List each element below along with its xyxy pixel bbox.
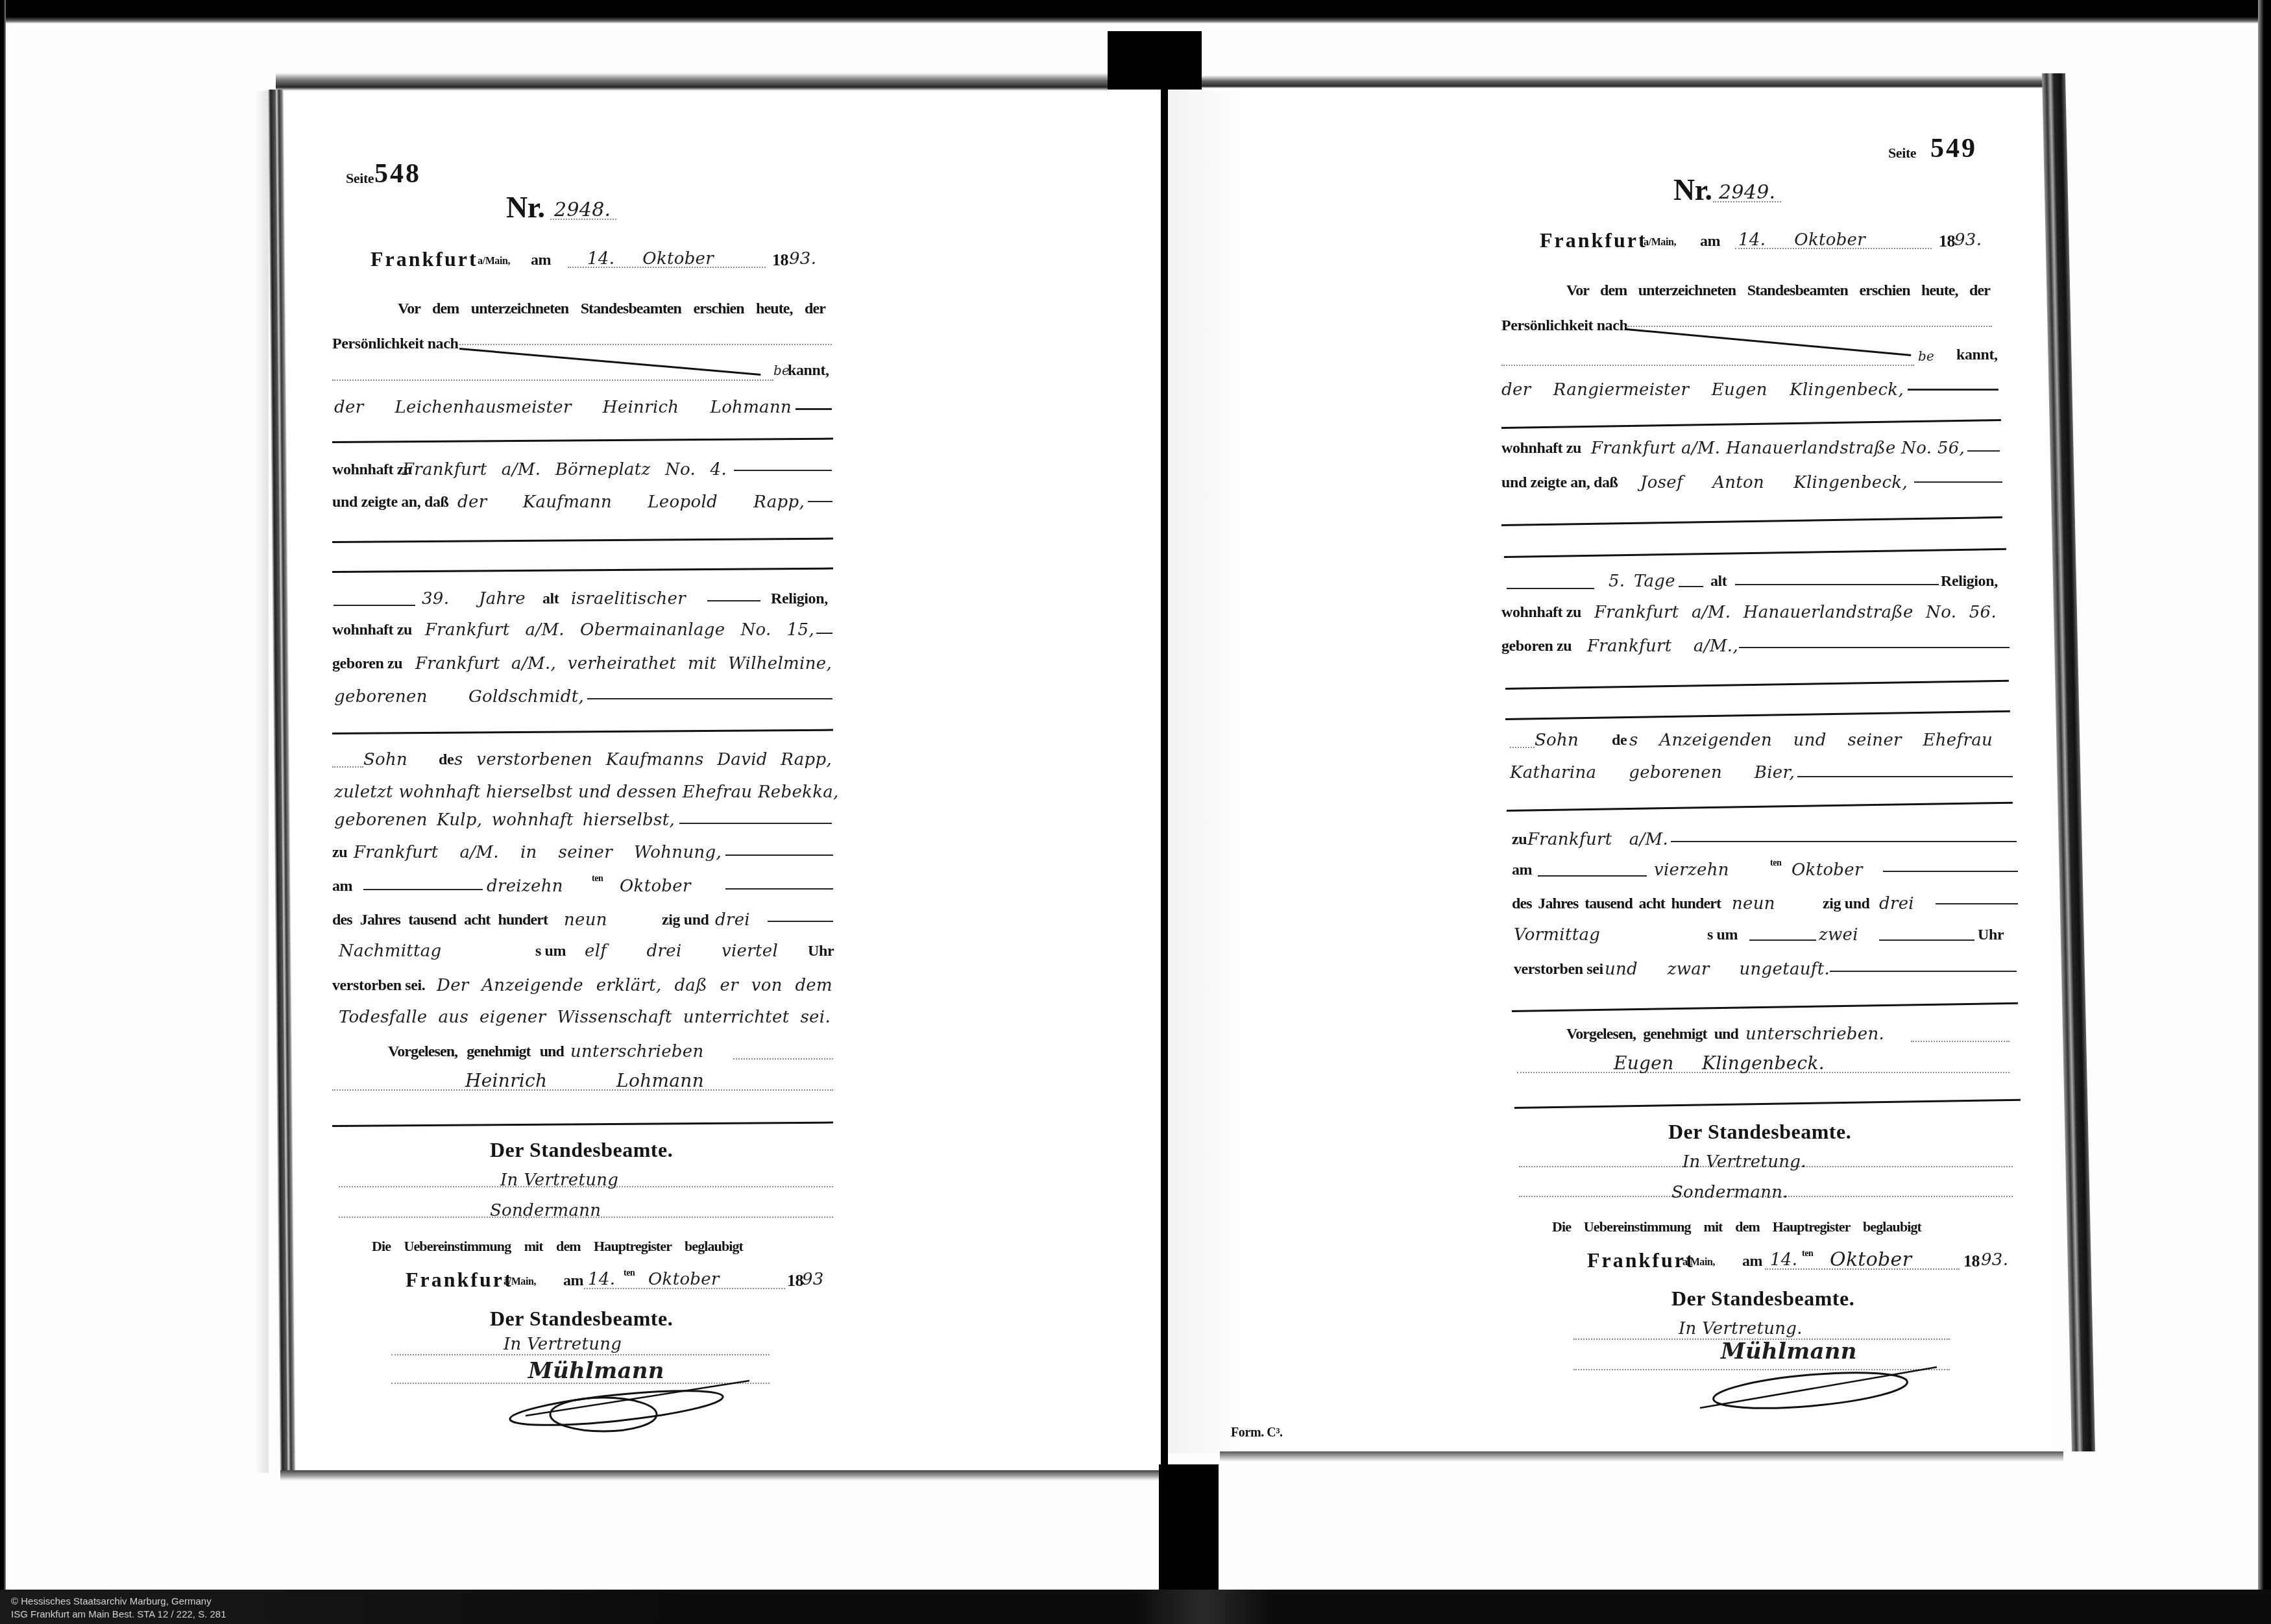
informant-signature: Heinrich Lohmann: [465, 1071, 704, 1091]
birthplace-value: Frankfurt a/M.,: [1587, 636, 1738, 656]
certification-title: Der Standesbeamte.: [490, 1307, 673, 1330]
left-page-top-edge: [276, 73, 1108, 91]
death-time-fill-line: [1879, 939, 1974, 941]
parents-lead: Sohn: [363, 750, 407, 770]
death-year-decade-suffix: zig und: [662, 910, 709, 930]
scan-border-left: [0, 0, 6, 1624]
page-label: Seite: [346, 169, 374, 188]
header-year: 93.: [1954, 230, 1982, 250]
informant-fill-line: [1908, 389, 1998, 391]
deceased-name: der Kaufmann Leopold Rapp,: [457, 492, 805, 512]
religion-value: israelitischer: [571, 589, 704, 609]
certification-signature-line: [391, 1354, 770, 1355]
form-mark: Form. C³.: [1231, 1423, 1283, 1442]
death-day: vierzehn: [1654, 860, 1760, 880]
page-number: 549: [1930, 133, 1977, 164]
parents-lead: Sohn: [1535, 731, 1579, 750]
certification-city-suffix: a/Main,: [1682, 1253, 1715, 1272]
header-date: 14. Oktober: [1738, 230, 1865, 250]
death-time-period: Nachmittag: [339, 941, 498, 961]
parents-line-2: Katharina geborenen Bier,: [1510, 763, 1795, 782]
death-year-label: des Jahres tausend acht hundert: [1512, 894, 1721, 914]
record-number: 2949.: [1719, 183, 1775, 202]
death-year-unit: drei: [715, 910, 750, 930]
header-am-label: am: [531, 250, 551, 270]
intro-text: Vor dem unterzeichneten Standesbeamten e…: [1566, 281, 1990, 300]
religion-label: Religion,: [1941, 572, 1998, 591]
record-number: 2948.: [554, 200, 611, 220]
residence-value: Frankfurt a/M. Obermainanlage No. 15,: [425, 620, 814, 640]
age-lead-line: [334, 605, 415, 606]
informant-fill-line: [795, 408, 832, 410]
report-label: und zeigte an, daß: [332, 492, 449, 512]
residence-fill-line: [734, 470, 832, 471]
header-date: 14. Oktober: [587, 249, 714, 269]
certification-year: 93: [802, 1270, 824, 1289]
informant-name: der Leichenhausmeister Heinrich Lohmann: [334, 398, 792, 417]
certification-day: 14.: [588, 1270, 615, 1289]
parents-line-3: geborenen Kulp, wohnhaft hierselbst,: [334, 810, 675, 830]
certification-day: 14.: [1770, 1250, 1797, 1270]
death-time-unit: Uhr: [1978, 925, 2004, 945]
residence-label: wohnhaft zu: [1501, 603, 1581, 622]
death-statement-label: verstorben sei.: [332, 976, 425, 995]
place-label: zu: [1512, 830, 1527, 849]
birthplace-fill-line: [587, 698, 832, 699]
approval-value: unterschrieben: [570, 1042, 704, 1061]
residence-label: wohnhaft zu: [332, 620, 412, 640]
certification-text: Die Uebereinstimmung mit dem Hauptregist…: [372, 1237, 743, 1256]
certification-day-suffix: ten: [1802, 1244, 1813, 1264]
scan-border-top: [0, 0, 2271, 23]
registrar-proxy: In Vertretung: [500, 1170, 618, 1190]
age-fill-line: [1679, 586, 1703, 587]
age-label: alt: [542, 589, 559, 609]
informant-residence: Frankfurt a/M. Hanauerlandstraße No. 56,: [1591, 439, 1960, 458]
identity-dotted-line-2: [332, 380, 773, 381]
identity-label: Persönlichkeit nach: [1501, 316, 1627, 335]
age-value: 39. Jahre: [422, 589, 526, 609]
registrar-title: Der Standesbeamte.: [1668, 1120, 1851, 1143]
certification-city: Frankfurt: [406, 1268, 513, 1291]
certification-year: 93.: [1981, 1250, 2008, 1270]
identity-label: Persönlichkeit nach: [332, 334, 458, 354]
certification-text: Die Uebereinstimmung mit dem Hauptregist…: [1552, 1217, 1921, 1237]
death-year-decade: neun: [1732, 894, 1812, 914]
place-fill-line: [1671, 841, 2017, 842]
residence-fill-line: [1967, 450, 2000, 452]
footer-band: [0, 1590, 2271, 1624]
parents-fill-line: [679, 823, 832, 824]
identity-dotted-line: [1626, 326, 1992, 327]
header-city: Frankfurt: [370, 247, 478, 271]
identity-dotted-line: [459, 344, 832, 345]
gutter-line: [1161, 87, 1168, 1468]
death-month: Oktober: [620, 877, 717, 896]
approval-value: unterschrieben.: [1745, 1024, 1884, 1044]
right-page-bottom-edge: [1220, 1451, 2063, 1462]
certification-month: Oktober: [648, 1270, 733, 1289]
right-page-gutter-shade: [1168, 91, 1246, 1453]
death-remark-line-2: Todesfalle aus eigener Wissenschaft unte…: [339, 1008, 831, 1027]
registrar-name: Sondermann.: [1671, 1183, 1788, 1202]
certification-city-suffix: a/Main,: [504, 1272, 536, 1292]
header-century: 18: [772, 250, 788, 270]
death-day-suffix: ten: [1770, 854, 1781, 873]
header-city: Frankfurt: [1540, 228, 1647, 252]
informant-residence: Frankfurt a/M. Börneplatz No. 4.: [402, 460, 727, 479]
age-value: 5. Tage: [1609, 572, 1675, 591]
place-label: zu: [332, 843, 347, 862]
death-day-suffix: ten: [592, 869, 603, 889]
death-statement-fill-line: [1830, 971, 2017, 972]
birthplace-fill-line: [1739, 647, 2010, 648]
parents-printed: de: [439, 750, 454, 770]
death-statement-label: verstorben sei: [1514, 960, 1603, 979]
registrar-name: Sondermann: [490, 1201, 601, 1220]
parents-printed: de: [1612, 731, 1627, 750]
certification-proxy: In Vertretung: [504, 1335, 622, 1354]
certification-century: 18: [1963, 1252, 1980, 1271]
certification-month: Oktober: [1830, 1250, 1946, 1270]
certification-am-label: am: [1742, 1252, 1762, 1271]
report-label: und zeigte an, daß: [1501, 473, 1618, 492]
death-date-lead-line: [1538, 875, 1647, 877]
certification-am-label: am: [563, 1271, 583, 1291]
approval-label: Vorgelesen, genehmigt und: [388, 1042, 564, 1061]
deceased-name: Josef Anton Klingenbeck,: [1640, 473, 1908, 492]
informant-signature: Eugen Klingenbeck.: [1614, 1054, 1825, 1073]
signature-flourish-icon: [1687, 1353, 1960, 1424]
page-label: Seite: [1888, 143, 1916, 163]
place-value: Frankfurt a/M.: [1527, 830, 1668, 849]
header-am-label: am: [1700, 232, 1720, 251]
identity-suffix: kannt,: [788, 361, 829, 380]
parents-lead-dots: [1510, 747, 1535, 748]
place-value: Frankfurt a/M. in seiner Wohnung,: [354, 843, 722, 862]
birthplace-label: geboren zu: [1501, 636, 1572, 656]
informant-name: der Rangiermeister Eugen Klingenbeck,: [1501, 380, 1904, 400]
death-time-period-suffix: s um: [535, 941, 566, 961]
signature-flourish-icon: [500, 1369, 772, 1440]
parents-line-2: zuletzt wohnhaft hierselbst und dessen E…: [334, 782, 832, 802]
certification-title: Der Standesbeamte.: [1671, 1287, 1854, 1310]
death-date-fill-line: [725, 888, 833, 890]
certification-proxy: In Vertretung.: [1679, 1319, 1803, 1339]
death-date-label: am: [1512, 860, 1532, 880]
death-month: Oktober: [1791, 860, 1876, 880]
certification-day-suffix: ten: [624, 1264, 635, 1283]
birthplace-continuation: geborenen Goldschmidt,: [334, 687, 584, 707]
age-label: alt: [1710, 572, 1727, 591]
left-page: [279, 90, 1161, 1473]
report-fill-line: [1914, 481, 2002, 483]
identity-prefix: be: [1918, 346, 1934, 366]
death-time-period-suffix: s um: [1707, 925, 1738, 945]
informant-residence-label: wohnhaft zu: [332, 460, 412, 479]
intro-text: Vor dem unterzeichneten Standesbeamten e…: [398, 299, 825, 319]
death-date-lead-line: [363, 889, 483, 890]
certification-city: Frankfurt: [1587, 1248, 1695, 1272]
death-time-unit: Uhr: [808, 941, 834, 961]
gutter-bottom-block: [1159, 1464, 1219, 1591]
header-city-suffix: a/Main,: [478, 252, 510, 271]
header-century: 18: [1939, 232, 1955, 251]
death-date-fill-line: [1883, 871, 2018, 872]
approval-dotted-line: [733, 1058, 833, 1060]
death-year-decade: neun: [564, 910, 642, 930]
report-fill-line: [808, 501, 832, 502]
registrar-title: Der Standesbeamte.: [490, 1138, 673, 1161]
left-page-bottom-edge: [280, 1470, 1160, 1481]
identity-dotted-line-2: [1501, 365, 1914, 366]
death-time: elf drei viertel: [585, 941, 778, 961]
residence-value: Frankfurt a/M. Hanauerlandstraße No. 56.: [1594, 603, 1997, 622]
religion-fill-line: [1735, 584, 1939, 585]
death-date-label: am: [332, 877, 352, 896]
death-year-label: des Jahres tausend acht hundert: [332, 910, 548, 930]
header-city-suffix: a/Main,: [1644, 233, 1676, 252]
page-number: 548: [374, 158, 421, 189]
place-fill-line: [725, 854, 833, 856]
gutter-top-block: [1108, 31, 1202, 90]
parents-line-1: s verstorbenen Kaufmanns David Rapp,: [454, 750, 832, 770]
informant-residence-label: wohnhaft zu: [1501, 439, 1581, 458]
registrar-proxy: In Vertretung.: [1682, 1152, 1806, 1172]
birthplace-label: geboren zu: [332, 654, 402, 673]
death-time-lead-line: [1749, 939, 1816, 941]
right-page-top-edge: [1202, 75, 2045, 88]
death-year-unit: drei: [1879, 894, 1914, 914]
footer-copyright: © Hessisches Staatsarchiv Marburg, Germa…: [11, 1595, 212, 1608]
scan-border-right: [2258, 0, 2271, 1624]
parents-fill-line: [1797, 776, 2013, 777]
death-year-fill-line: [768, 921, 833, 922]
death-day: dreizehn: [487, 877, 584, 896]
parents-line-1: s Anzeigenden und seiner Ehefrau: [1629, 731, 1993, 750]
header-year: 93.: [789, 249, 816, 269]
death-remark: und zwar ungetauft.: [1605, 960, 1830, 979]
death-remark-line-1: Der Anzeigende erklärt, daß er von dem: [437, 976, 832, 995]
age-lead-line: [1507, 588, 1594, 589]
certification-century: 18: [787, 1271, 803, 1291]
death-time: zwei: [1819, 925, 1858, 945]
religion-fill-line: [707, 600, 760, 601]
religion-label: Religion,: [771, 589, 828, 609]
parents-lead-dots: [332, 766, 363, 768]
left-page-shadow: [254, 91, 269, 1473]
birthplace-value: Frankfurt a/M., verheirathet mit Wilhelm…: [415, 654, 832, 673]
death-year-decade-suffix: zig und: [1823, 894, 1870, 914]
residence-fill-line: [816, 633, 832, 634]
record-number-label: Nr.: [506, 191, 545, 224]
record-number-label: Nr.: [1673, 174, 1712, 206]
death-time-period: Vormittag: [1514, 925, 1690, 945]
approval-label: Vorgelesen, genehmigt und: [1566, 1024, 1738, 1044]
death-year-fill-line: [1936, 903, 2018, 904]
identity-suffix: kannt,: [1956, 345, 1998, 365]
approval-dotted-line: [1911, 1041, 2010, 1042]
footer-archive-reference: ISG Frankfurt am Main Best. STA 12 / 222…: [11, 1608, 226, 1621]
